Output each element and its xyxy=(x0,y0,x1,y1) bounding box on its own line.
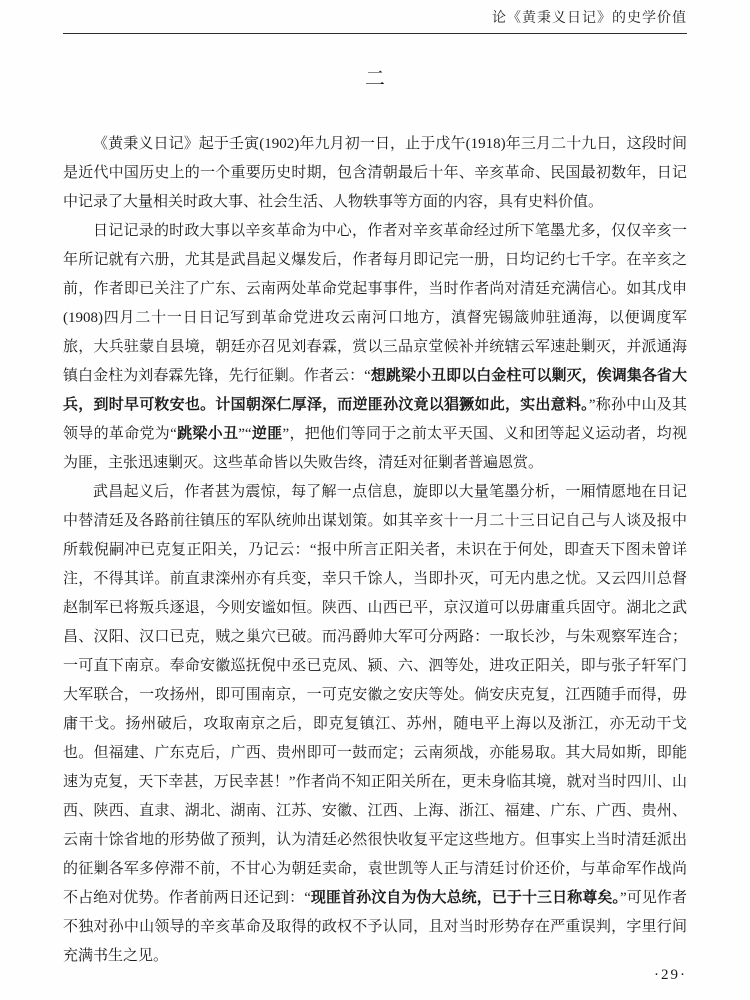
page-header: 论《黄秉义日记》的史学价值 xyxy=(63,8,687,30)
page-footer: ·29· xyxy=(654,967,687,984)
paragraph: 日记记录的时政大事以辛亥革命为中心，作者对辛亥革命经过所下笔墨尤多，仅仅辛亥一年… xyxy=(63,217,687,478)
paragraph: 武昌起义后，作者甚为震惊，每了解一点信息，旋即以大量笔墨分析，一厢情愿地在日记中… xyxy=(63,478,687,971)
text-run: ”“ xyxy=(238,426,251,442)
section-heading: 二 xyxy=(63,66,687,92)
emphasized-quote: 现匪首孙汶自为伪大总统，已于十三日称尊矣。 xyxy=(311,890,620,906)
emphasized-quote: 逆匪 xyxy=(252,426,283,442)
running-title: 论《黄秉义日记》的史学价值 xyxy=(492,11,687,26)
header-rule xyxy=(63,33,687,34)
emphasized-quote: 跳梁小丑 xyxy=(177,426,239,442)
page-number: ·29· xyxy=(654,967,687,983)
text-run: 日记记录的时政大事以辛亥革命为中心，作者对辛亥革命经过所下笔墨尤多，仅仅辛亥一年… xyxy=(63,223,687,384)
text-run: 《黄秉义日记》起于壬寅(1902)年九月初一日，止于戊午(1918)年三月二十九… xyxy=(63,136,687,210)
paragraph: 《黄秉义日记》起于壬寅(1902)年九月初一日，止于戊午(1918)年三月二十九… xyxy=(63,130,687,217)
text-run: 武昌起义后，作者甚为震惊，每了解一点信息，旋即以大量笔墨分析，一厢情愿地在日记中… xyxy=(63,484,687,906)
document-page: 论《黄秉义日记》的史学价值 二 《黄秉义日记》起于壬寅(1902)年九月初一日，… xyxy=(0,0,750,1000)
article-body: 《黄秉义日记》起于壬寅(1902)年九月初一日，止于戊午(1918)年三月二十九… xyxy=(63,130,687,971)
